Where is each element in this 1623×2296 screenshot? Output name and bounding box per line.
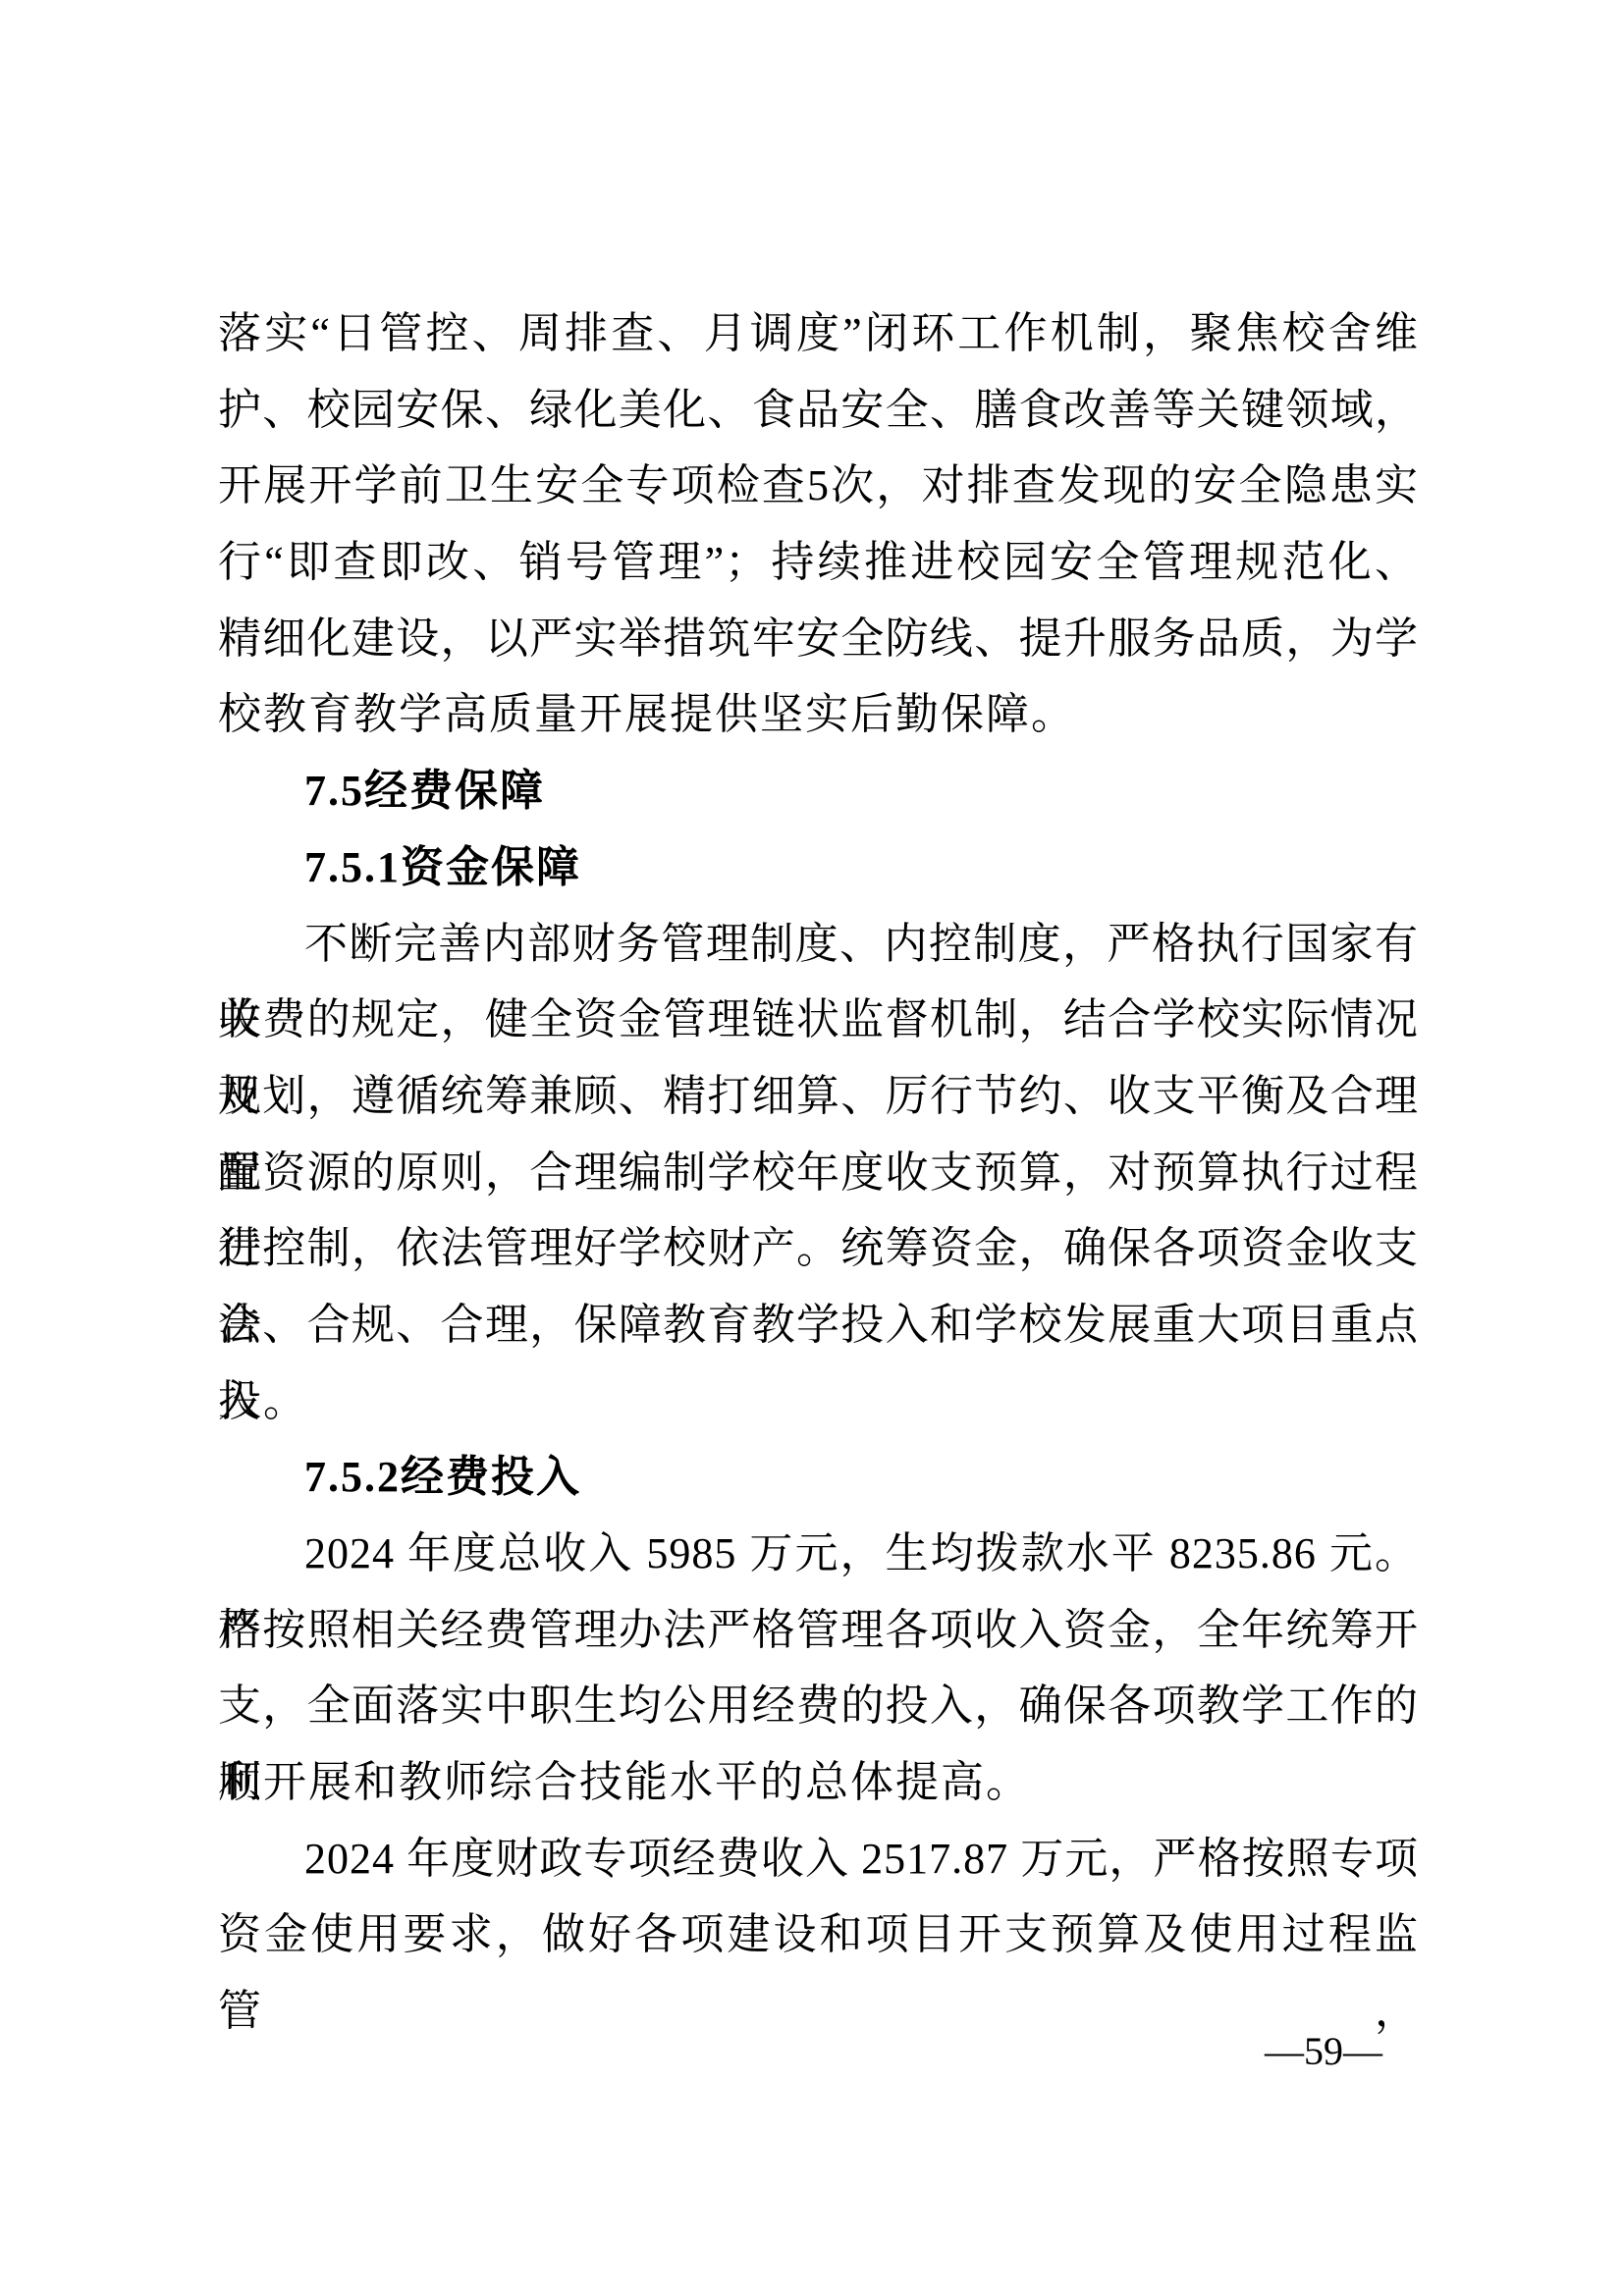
- paragraph-line: 支，全面落实中职生均公用经费的投入，确保各项教学工作的顺: [218, 1668, 1419, 1744]
- paragraph-line: 入。: [218, 1363, 1419, 1440]
- page-number: —59—: [1265, 2028, 1382, 2075]
- paragraph-line: 置资源的原则，合理编制学校年度收支预算，对预算执行过程进: [218, 1135, 1419, 1211]
- paragraph-line: 精细化建设，以严实举措筑牢安全防线、提升服务品质，为学: [218, 601, 1419, 677]
- paragraph-line: 规划，遵循统筹兼顾、精打细算、厉行节约、收支平衡及合理配: [218, 1058, 1419, 1135]
- paragraph-line: 行控制，依法管理好学校财产。统筹资金，确保各项资金收支合: [218, 1210, 1419, 1287]
- paragraph-line: 校教育教学高质量开展提供坚实后勤保障。: [218, 676, 1419, 753]
- paragraph-line: 利开展和教师综合技能水平的总体提高。: [218, 1744, 1419, 1821]
- paragraph-line: 不断完善内部财务管理制度、内控制度，严格执行国家有关: [218, 906, 1419, 983]
- paragraph-line: 收费的规定，健全资金管理链状监督机制，结合学校实际情况及: [218, 982, 1419, 1058]
- paragraph-line: 护、校园安保、绿化美化、食品安全、膳食改善等关键领域，: [218, 372, 1419, 449]
- paragraph-line: 2024 年度财政专项经费收入 2517.87 万元，严格按照专项: [218, 1821, 1419, 1897]
- heading-7-5: 7.5经费保障: [218, 753, 1419, 829]
- paragraph-line: 行“即查即改、销号管理”；持续推进校园安全管理规范化、: [218, 524, 1419, 601]
- heading-7-5-1: 7.5.1资金保障: [218, 829, 1419, 906]
- paragraph-line: 资金使用要求，做好各项建设和项目开支预算及使用过程监管，: [218, 1896, 1419, 1973]
- heading-7-5-2: 7.5.2经费投入: [218, 1439, 1419, 1516]
- paragraph-line: 2024 年度总收入 5985 万元，生均拨款水平 8235.86 元。严: [218, 1516, 1419, 1592]
- document-content: 落实“日管控、周排查、月调度”闭环工作机制，聚焦校舍维 护、校园安保、绿化美化、…: [218, 295, 1419, 1973]
- paragraph-line: 法、合规、合理，保障教育教学投入和学校发展重大项目重点投: [218, 1287, 1419, 1363]
- paragraph-line: 格按照相关经费管理办法严格管理各项收入资金，全年统筹开: [218, 1592, 1419, 1669]
- paragraph-line: 落实“日管控、周排查、月调度”闭环工作机制，聚焦校舍维: [218, 295, 1419, 372]
- paragraph-line: 开展开学前卫生安全专项检查5次，对排查发现的安全隐患实: [218, 448, 1419, 524]
- document-page: 落实“日管控、周排查、月调度”闭环工作机制，聚焦校舍维 护、校园安保、绿化美化、…: [0, 0, 1623, 2296]
